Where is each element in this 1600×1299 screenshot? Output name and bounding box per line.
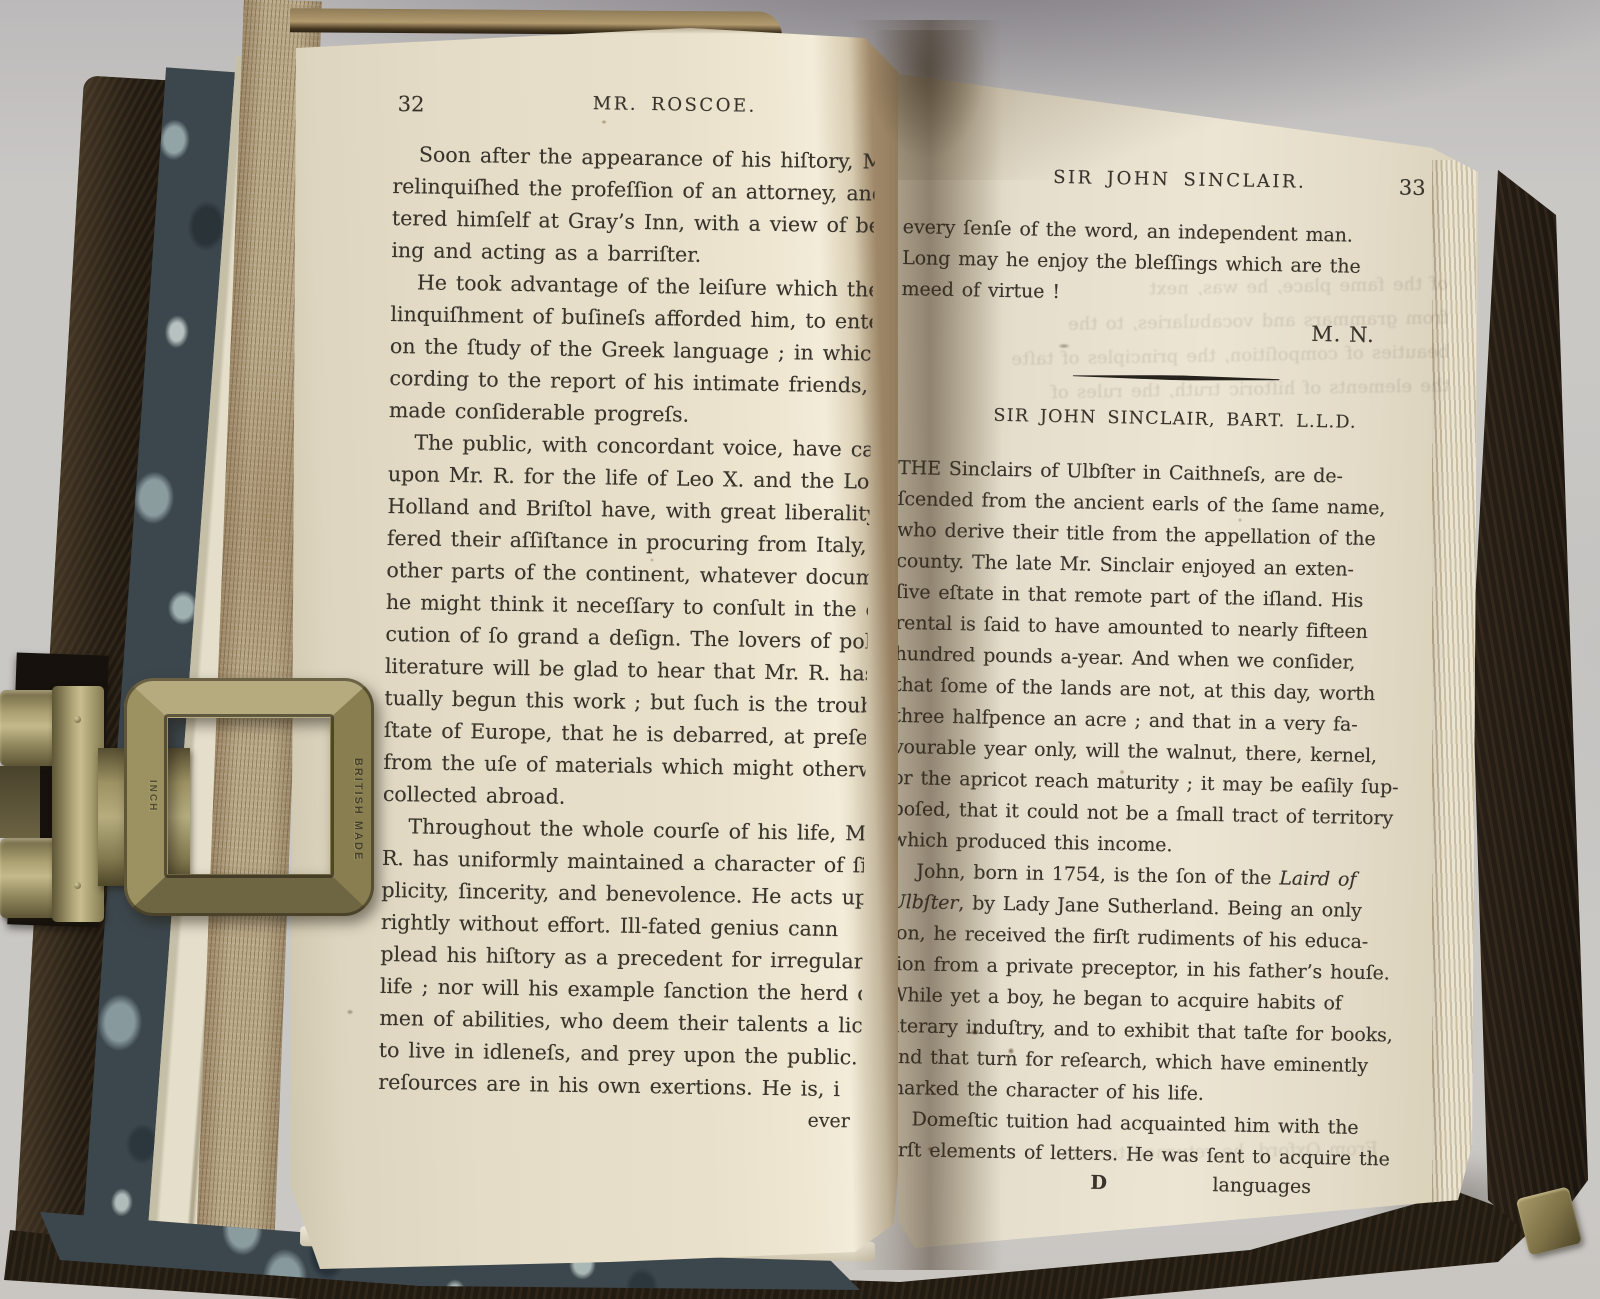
inch-engraving: INCH bbox=[147, 780, 158, 812]
right-page-paragraphs: THE Sinclairs of Ulbſter in Caithneſs, a… bbox=[885, 453, 1451, 1176]
left-header-title: MR. ROSCOE. bbox=[394, 90, 876, 119]
hinge-bar bbox=[52, 686, 104, 922]
british-made-engraving: BRITISH MADE bbox=[352, 758, 364, 861]
right-page: of the fame place, he was, nextfrom gram… bbox=[898, 60, 1478, 1260]
hinge-knuckle-top bbox=[0, 690, 58, 766]
left-page-paragraphs: Soon after the appearance of his hiſtory… bbox=[378, 138, 875, 1105]
section-divider-rule bbox=[1072, 373, 1279, 382]
right-page-number: 33 bbox=[1399, 176, 1426, 201]
previous-article-closing-lines: every ſenſe of the word, an independent … bbox=[901, 212, 1455, 316]
brass-clasp: BRITISH MADE INCH bbox=[0, 640, 420, 940]
right-catchword: languages bbox=[1212, 1174, 1311, 1198]
screw-icon bbox=[74, 716, 81, 723]
section-heading: SIR JOHN SINCLAIR, BART. L.L.D. bbox=[899, 399, 1451, 440]
clasp-buckle-frame bbox=[124, 678, 374, 916]
left-page-number: 32 bbox=[398, 92, 425, 116]
screw-icon bbox=[74, 882, 81, 889]
hinge-knuckle-bottom bbox=[0, 838, 58, 918]
hinge-pin-recess bbox=[0, 766, 40, 838]
antique-book-photograph: 32 MR. ROSCOE. Soon after the appearance… bbox=[0, 0, 1600, 1299]
left-running-header: 32 MR. ROSCOE. bbox=[393, 90, 876, 146]
author-initials: M. N. bbox=[901, 309, 1454, 354]
right-header-title: SIR JOHN SINCLAIR. bbox=[904, 164, 1456, 196]
signature-mark: D bbox=[1090, 1172, 1107, 1194]
right-page-text-block: SIR JOHN SINCLAIR. 33 every ſenſe of the… bbox=[884, 164, 1456, 1209]
left-page-text-block: 32 MR. ROSCOE. Soon after the appearance… bbox=[378, 90, 876, 1137]
